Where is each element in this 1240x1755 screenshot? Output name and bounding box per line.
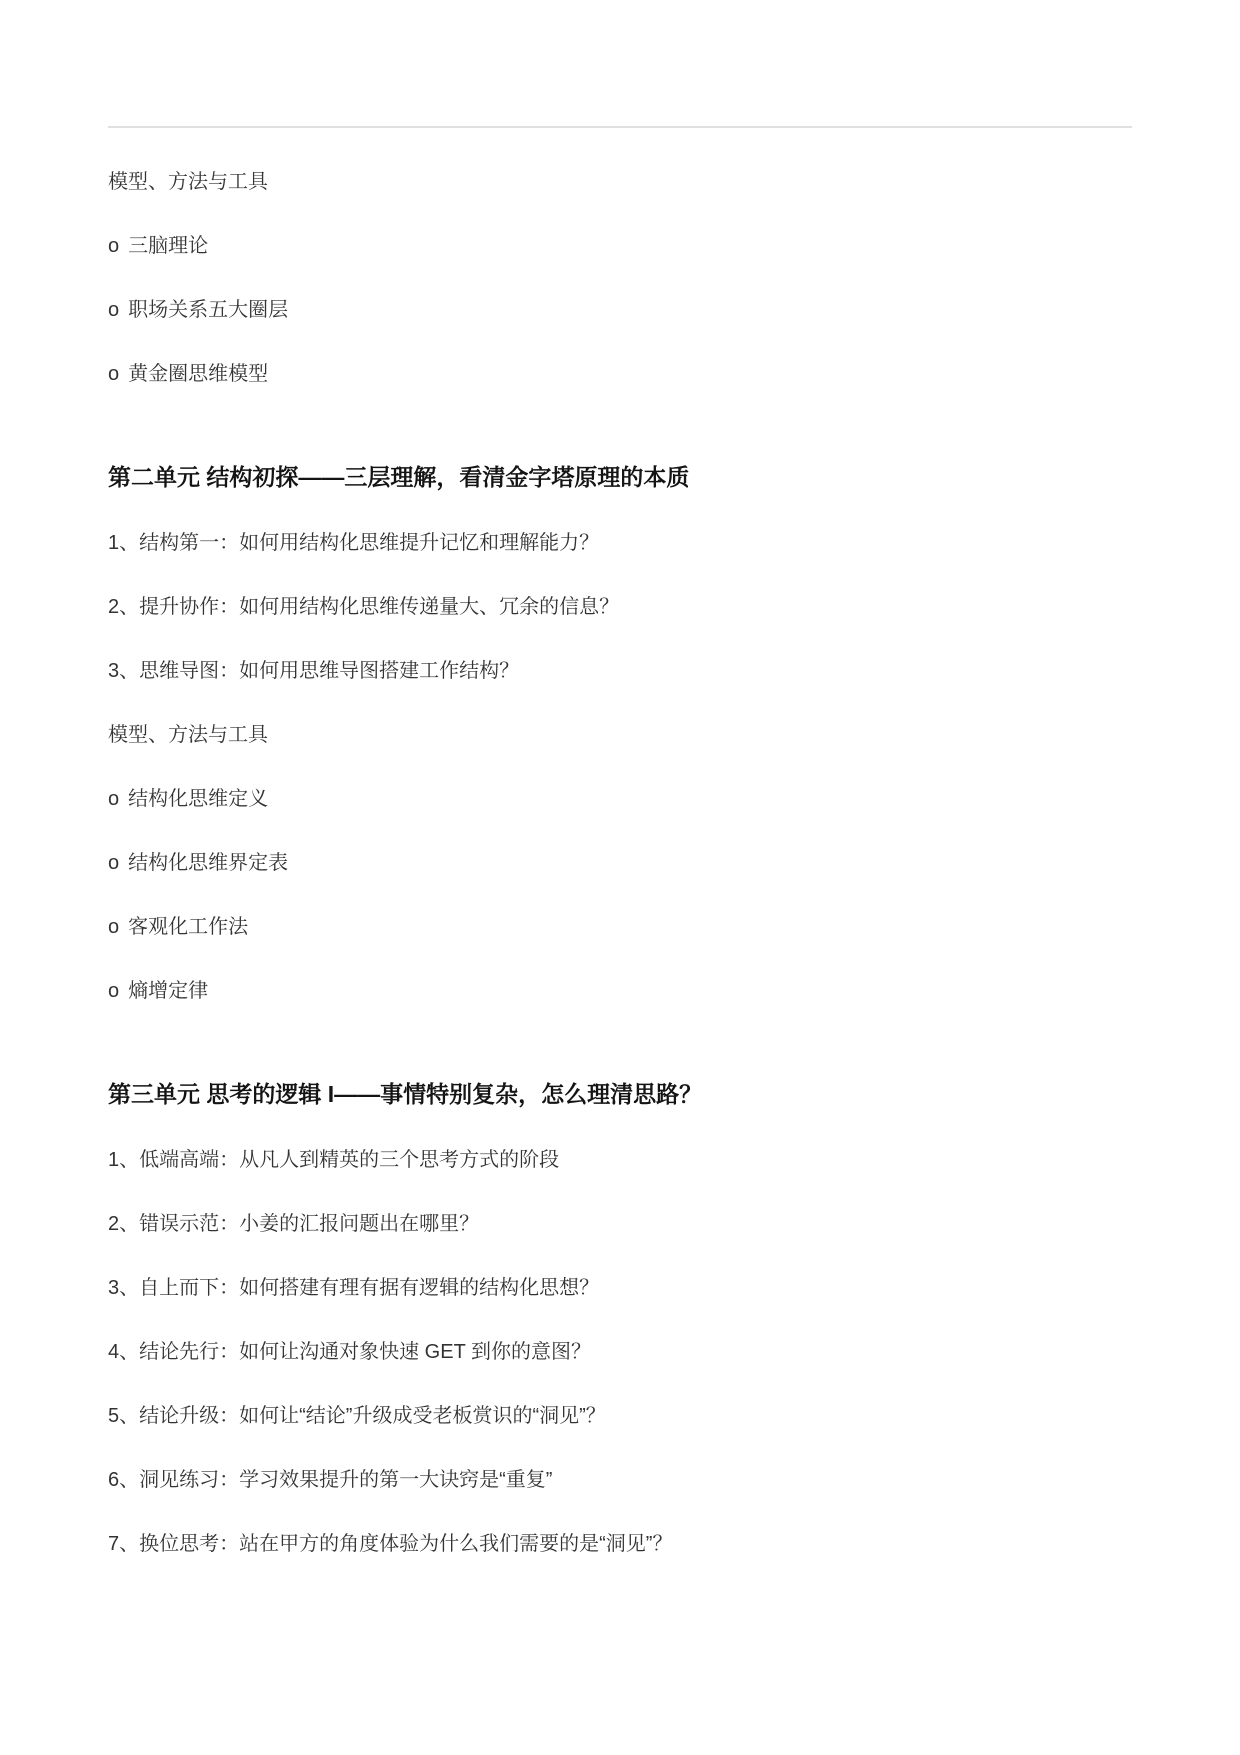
outline-item: 3、思维导图：如何用思维导图搭建工作结构？: [108, 657, 1132, 685]
outline-item: 5、结论升级：如何让“结论”升级成受老板赏识的“洞见”？: [108, 1402, 1132, 1430]
bullet-item: o结构化思维定义: [108, 785, 1132, 813]
bullet-text: 结构化思维界定表: [128, 852, 288, 874]
outline-item: 7、换位思考：站在甲方的角度体验为什么我们需要的是“洞见”？: [108, 1530, 1132, 1558]
bullet-text: 三脑理论: [128, 235, 208, 257]
bullet-marker: o: [108, 977, 119, 1005]
outline-item: 1、结构第一：如何用结构化思维提升记忆和理解能力？: [108, 529, 1132, 557]
bullet-marker: o: [108, 785, 119, 813]
outline-item: 4、结论先行：如何让沟通对象快速 GET 到你的意图？: [108, 1338, 1132, 1366]
outline-item: 2、错误示范：小姜的汇报问题出在哪里？: [108, 1210, 1132, 1238]
unit-heading: 第三单元 思考的逻辑 I——事情特别复杂，怎么理清思路？: [108, 1078, 1132, 1110]
unit-heading: 第二单元 结构初探——三层理解，看清金字塔原理的本质: [108, 461, 1132, 493]
bullet-marker: o: [108, 360, 119, 388]
bullet-item: o三脑理论: [108, 232, 1132, 260]
bullet-item: o职场关系五大圈层: [108, 296, 1132, 324]
bullet-item: o熵增定律: [108, 977, 1132, 1005]
bullet-item: o结构化思维界定表: [108, 849, 1132, 877]
paragraph-label: 模型、方法与工具: [108, 721, 1132, 749]
outline-item: 3、自上而下：如何搭建有理有据有逻辑的结构化思想？: [108, 1274, 1132, 1302]
outline-item: 6、洞见练习：学习效果提升的第一大诀窍是“重复”: [108, 1466, 1132, 1494]
bullet-item: o客观化工作法: [108, 913, 1132, 941]
bullet-marker: o: [108, 232, 119, 260]
bullet-item: o黄金圈思维模型: [108, 360, 1132, 388]
document-page: 模型、方法与工具o三脑理论o职场关系五大圈层o黄金圈思维模型第二单元 结构初探—…: [0, 0, 1240, 1755]
section-divider: [108, 126, 1132, 128]
bullet-marker: o: [108, 849, 119, 877]
bullet-text: 结构化思维定义: [128, 788, 268, 810]
paragraph-label: 模型、方法与工具: [108, 168, 1132, 196]
bullet-text: 职场关系五大圈层: [128, 299, 288, 321]
outline-item: 1、低端高端：从凡人到精英的三个思考方式的阶段: [108, 1146, 1132, 1174]
bullet-text: 熵增定律: [128, 980, 208, 1002]
bullet-marker: o: [108, 296, 119, 324]
document-body: 模型、方法与工具o三脑理论o职场关系五大圈层o黄金圈思维模型第二单元 结构初探—…: [108, 168, 1132, 1558]
bullet-text: 客观化工作法: [128, 916, 248, 938]
bullet-text: 黄金圈思维模型: [128, 363, 268, 385]
bullet-marker: o: [108, 913, 119, 941]
outline-item: 2、提升协作：如何用结构化思维传递量大、冗余的信息？: [108, 593, 1132, 621]
